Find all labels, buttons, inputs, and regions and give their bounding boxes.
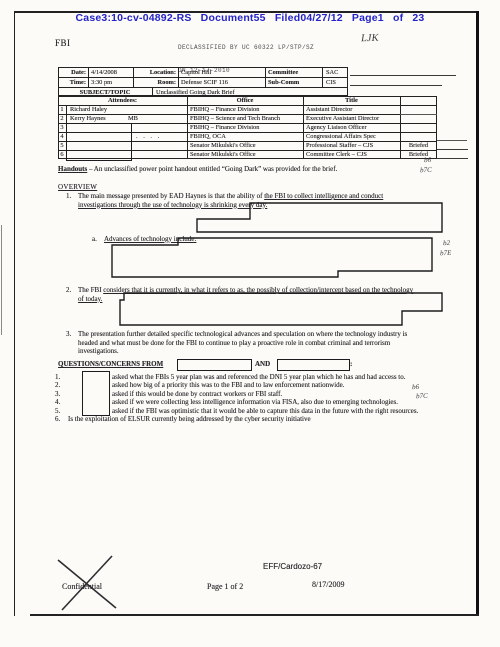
attendee-row-office: FBIHQ – Finance Division: [190, 106, 259, 113]
attendee-row-num: 5: [58, 142, 66, 149]
attendee-row-num: 2: [58, 115, 66, 122]
scan-artifact-line: [437, 149, 468, 150]
subcomm-value: CIS: [326, 79, 336, 86]
scan-artifact-left: [1, 225, 2, 335]
declassification-stamp-line1: DECLASSIFIED BY UC 60322 LP/STP/SZ: [178, 44, 314, 52]
questions-colon: :: [350, 360, 352, 368]
attendee-row-briefed: Briefed: [400, 151, 437, 158]
attendee-row-title: Agency Liaison Officer: [306, 124, 367, 131]
questions-heading: QUESTIONS/CONCERNS FROM: [58, 360, 163, 368]
scan-artifact-line: [350, 85, 442, 86]
committee-value: SAC: [326, 69, 338, 76]
title-header: Title: [303, 97, 400, 104]
handwritten-b7c-questions: b7C: [416, 392, 428, 400]
scan-artifact-line: [437, 140, 467, 141]
handouts-text: – An unclassified power point handout en…: [87, 165, 337, 173]
attendee-row-name-dots: . . . .: [136, 133, 161, 140]
handwritten-b6-questions: b6: [412, 383, 419, 391]
attendee-row-title: Congressional Affairs Spec: [306, 133, 376, 140]
eff-bates-stamp: EFF/Cardozo-67: [263, 562, 322, 571]
handwritten-initials-ljk: LJK: [361, 33, 379, 45]
location-label: Location:: [135, 69, 176, 76]
room-value: Defense SCIF 116: [181, 79, 228, 86]
handwritten-b7c-handouts: b7C: [420, 166, 432, 174]
redaction-box-attendee-names: [66, 123, 132, 161]
location-value: Capitol Hill: [181, 69, 211, 76]
overview-item2-line1-underlined: considers that it is currently, in what …: [103, 286, 413, 294]
overview-item1-line1: The main message presented by EAD Haynes…: [78, 192, 383, 200]
attendee-row-name-note: MB: [128, 115, 138, 122]
attendee-row-title: Assistant Director: [306, 106, 352, 113]
attendees-header: Attendees:: [58, 97, 187, 104]
table-divider: [303, 96, 304, 159]
attendee-row-title: Executive Assistant Director: [306, 115, 379, 122]
question-item-text: Is the exploitation of ELSUR currently b…: [68, 415, 311, 423]
case-caption-header: Case3:10-cv-04892-RS Document55 Filed04/…: [0, 12, 500, 24]
questions-and-label: AND: [255, 360, 270, 368]
attendee-row-office: FBIHQ – Science and Tech Branch: [190, 115, 280, 122]
question-item-number: 3.: [55, 390, 60, 398]
frame-left-line: [14, 11, 15, 616]
redaction-box-item-a: [112, 238, 432, 277]
overview-heading: OVERVIEW: [58, 183, 97, 191]
attendee-row-num: 3: [58, 124, 66, 131]
subject-label: SUBJECT/TOPIC: [60, 89, 150, 96]
table-divider: [400, 96, 401, 159]
overview-item3-line2: headed and what must be done for the FBI…: [78, 339, 390, 347]
overview-item-a-text: Advances of technology include:: [104, 235, 196, 243]
attendee-row-num: 1: [58, 106, 66, 113]
date-value: 4/14/2008: [91, 69, 117, 76]
scan-artifact-line: [400, 114, 437, 115]
attendee-row-office: Senator Mikulski's Office: [190, 151, 256, 158]
overview-item1-number: 1.: [66, 192, 71, 200]
attendee-row-name: Richard Haley: [70, 106, 107, 113]
fbi-label: FBI: [55, 38, 71, 48]
question-item-number: 5.: [55, 407, 60, 415]
attendee-row-briefed: Briefed: [400, 142, 437, 149]
overview-item2-line1: The FBI considers that it is currently, …: [78, 286, 413, 294]
attendee-row-num: 6: [58, 151, 66, 158]
frame-bottom-line: [30, 614, 479, 616]
attendee-row-office: Senator Mikulski's Office: [190, 142, 256, 149]
overview-item1-line1-plain: The main message presented by EAD Haynes…: [78, 192, 264, 200]
attendee-row-num: 4: [58, 133, 66, 140]
scan-artifact-line: [350, 75, 456, 76]
overview-item3-line3: investigations.: [78, 347, 119, 355]
date-label: Date:: [60, 69, 86, 76]
time-value: 3:30 pm: [91, 79, 112, 86]
question-item-text: asked if the FBI was optimistic that it …: [112, 407, 418, 415]
question-item-number: 6.: [55, 415, 60, 423]
overview-item1-line1-underlined: the FBI to collect intelligence and cond…: [264, 192, 383, 200]
attendee-row-office: FBIHQ – Finance Division: [190, 124, 259, 131]
attendee-row-office: FBIHQ, OCA: [190, 133, 226, 140]
committee-label: Committee: [268, 69, 298, 76]
page-number: Page 1 of 2: [207, 582, 243, 591]
room-label: Room:: [135, 79, 176, 86]
question-item-text: asked what the FBIs 5 year plan was and …: [112, 373, 406, 381]
overview-item2-line2: of today.: [78, 295, 102, 303]
footer-date: 8/17/2009: [312, 580, 344, 589]
overview-item1-line2: investigations through the use of techno…: [78, 201, 267, 209]
redaction-box-questioner-1: [177, 359, 252, 372]
frame-right-line: [476, 11, 479, 616]
redaction-box-item2: [120, 293, 442, 325]
subject-value: Unclassified Going Dark Brief: [156, 89, 235, 96]
redaction-box-questioner-2: [277, 359, 350, 372]
scan-artifact-line: [437, 158, 468, 159]
handwritten-b7e: b7E: [440, 249, 452, 257]
redaction-box-question-names: [82, 371, 110, 416]
subcomm-label: Sub-Comm: [268, 79, 299, 86]
handouts-line: Handouts – An unclassified power point h…: [58, 165, 337, 173]
question-item-number: 4.: [55, 398, 60, 406]
handwritten-b2: b2: [443, 239, 450, 247]
scanned-document-page: Case3:10-cv-04892-RS Document55 Filed04/…: [0, 0, 500, 647]
question-item-number: 1.: [55, 373, 60, 381]
question-item-number: 2.: [55, 381, 60, 389]
question-item-text: asked how big of a priority this was to …: [112, 381, 345, 389]
attendee-row-title: Professional Staffer – CJS: [306, 142, 373, 149]
table-divider: [58, 77, 348, 78]
question-item-text: asked if we were collecting less intelli…: [112, 398, 398, 406]
question-item-text: asked if this would be done by contract …: [112, 390, 282, 398]
handouts-label: Handouts: [58, 165, 87, 173]
table-divider: [152, 87, 153, 96]
time-label: Time:: [60, 79, 86, 86]
confidential-marking: Confidential: [62, 582, 102, 591]
attendee-row-name: Kerry Haynes: [70, 115, 106, 122]
overview-item-a-number: a.: [92, 235, 97, 243]
table-divider: [187, 96, 188, 159]
overview-item2-number: 2.: [66, 286, 71, 294]
office-header: Office: [187, 97, 303, 104]
overview-item3-number: 3.: [66, 330, 71, 338]
overview-item3-line1: The presentation further detailed specif…: [78, 330, 407, 338]
handwritten-b6-handouts: b6: [424, 156, 431, 164]
attendee-row-title: Committee Clerk – CJS: [306, 151, 367, 158]
overview-item2-line1-plain: The FBI: [78, 286, 103, 294]
